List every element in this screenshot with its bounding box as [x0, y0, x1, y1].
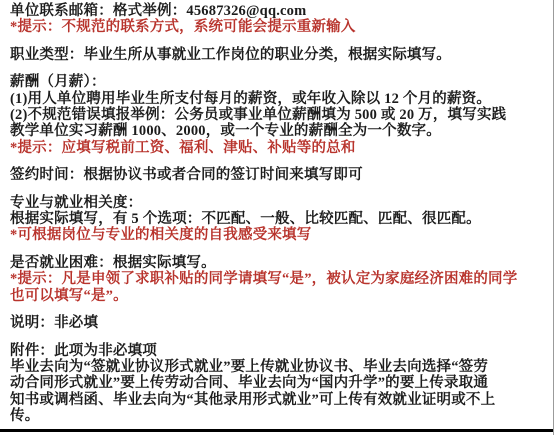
bottom-divider-line [0, 429, 554, 432]
salary-warning: *提示：应填写税前工资、福利、津贴、补贴等的总和 [10, 140, 548, 156]
sign-date-line: 签约时间：根据协议书或者合同的签订时间来填写即可 [10, 167, 548, 183]
contact-email-warning: *提示：不规范的联系方式，系统可能会提示重新输入 [10, 19, 548, 35]
major-relevance-options-line: 根据实际填写，有 5 个选项：不匹配、一般、比较匹配、匹配、很匹配。 [10, 211, 548, 227]
attachment-rule-line1: 毕业去向为“签就业协议形式就业”要上传就业协议书、毕业去向选择“签劳 [10, 359, 548, 375]
employment-difficulty-line: 是否就业困难：根据实际填写。 [10, 255, 548, 271]
major-relevance-note: *可根据岗位与专业的相关度的自我感受来填写 [10, 227, 548, 243]
salary-rule1-line: (1)用人单位聘用毕业生所支付每月的薪资，或年收入除以 12 个月的薪资。 [10, 91, 548, 107]
attachment-rule-line3: 知书或调档函、毕业去向为“其他录用形式就业”可上传有效就业证明或不上 [10, 392, 548, 408]
para-employment-difficulty: 是否就业困难：根据实际填写。 *提示：凡是申领了求职补贴的同学请填写“是”，被认… [10, 255, 548, 304]
note-line: 说明：非必填 [10, 315, 548, 331]
salary-rule2-continued-line: 教学单位实习薪酬 1000、2000，或一个专业的薪酬全为一个数字。 [10, 123, 548, 139]
employment-difficulty-warning-line1: *提示：凡是申领了求职补贴的同学请填写“是”，被认定为家庭经济困难的同学 [10, 271, 548, 287]
contact-email-line: 单位联系邮箱：格式举例：45687326@qq.com [10, 3, 548, 19]
para-occupation-type: 职业类型：毕业生所从事就业工作岗位的职业分类，根据实际填写。 [10, 47, 548, 63]
attachment-rule-line4: 传。 [10, 408, 548, 424]
attachment-heading-line: 附件：此项为非必填项 [10, 343, 548, 359]
major-relevance-heading-line: 专业与就业相关度： [10, 195, 548, 211]
instructions-document: 单位联系邮箱：格式举例：45687326@qq.com *提示：不规范的联系方式… [10, 3, 548, 425]
salary-rule2-line: (2)不规范错误填报举例：公务员或事业单位薪酬填为 500 或 20 万，填写实… [10, 107, 548, 123]
para-note: 说明：非必填 [10, 315, 548, 331]
para-major-relevance: 专业与就业相关度： 根据实际填写，有 5 个选项：不匹配、一般、比较匹配、匹配、… [10, 195, 548, 244]
occupation-type-line: 职业类型：毕业生所从事就业工作岗位的职业分类，根据实际填写。 [10, 47, 548, 63]
para-contact-email: 单位联系邮箱：格式举例：45687326@qq.com *提示：不规范的联系方式… [10, 3, 548, 36]
para-salary: 薪酬（月薪）： (1)用人单位聘用毕业生所支付每月的薪资，或年收入除以 12 个… [10, 74, 548, 156]
para-sign-date: 签约时间：根据协议书或者合同的签订时间来填写即可 [10, 167, 548, 183]
employment-difficulty-warning-line2: 也可以填写“是”。 [10, 288, 548, 304]
para-attachment: 附件：此项为非必填项 毕业去向为“签就业协议形式就业”要上传就业协议书、毕业去向… [10, 343, 548, 425]
attachment-rule-line2: 动合同形式就业”要上传劳动合同、毕业去向为“国内升学”的要上传录取通 [10, 375, 548, 391]
salary-heading-line: 薪酬（月薪）： [10, 74, 548, 90]
